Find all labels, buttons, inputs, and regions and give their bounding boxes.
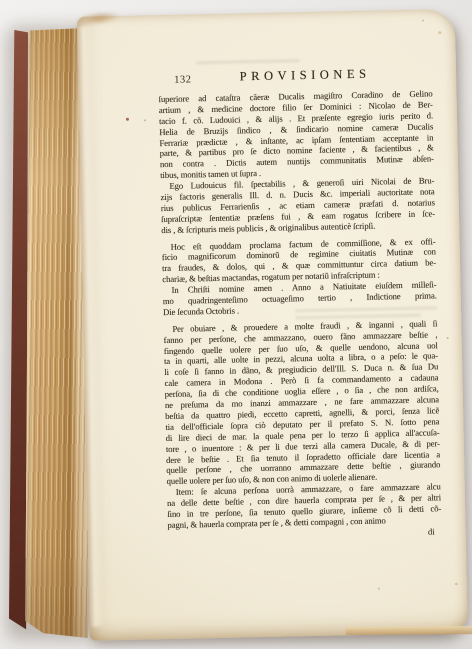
paragraph: Hoc eſt quoddam proclama factum de commi… [162, 236, 437, 285]
foxing-spot [144, 119, 146, 121]
foxing-spot [447, 337, 449, 339]
page-number: 132 [174, 74, 191, 85]
foxing-spot [126, 118, 129, 121]
paragraph: Item: ſe alcuna perſona uorrà ammazzare,… [167, 481, 442, 530]
book-photo: 132 PROVISIONES ſuperiore ad cataſtra cã… [0, 0, 472, 649]
foxing-spot [378, 588, 380, 590]
book-page: 132 PROVISIONES ſuperiore ad cataſtra cã… [77, 9, 468, 641]
stain [68, 6, 130, 31]
text-block: ſuperiore ad cataſtra cãeræ Ducalis magi… [158, 88, 441, 542]
foxing-spot [438, 31, 441, 34]
foxing-spot [422, 20, 424, 22]
running-title: PROVISIONES [240, 67, 371, 85]
paragraph: Per obuiare , & prouedere a molte fraudi… [163, 318, 440, 487]
paragraph: Ego Ludouicus fil. ſpectabilis , & gener… [160, 175, 435, 235]
page-header: 132 PROVISIONES [158, 65, 434, 89]
paragraph: ſuperiore ad cataſtra cãeræ Ducalis magi… [158, 88, 434, 181]
paragraph: In Chriſti nomine amen . Anno a Natiuita… [162, 279, 437, 317]
show-through-smudge [196, 59, 300, 64]
page-curl-edge [346, 626, 472, 635]
foxing-spot [455, 583, 458, 585]
